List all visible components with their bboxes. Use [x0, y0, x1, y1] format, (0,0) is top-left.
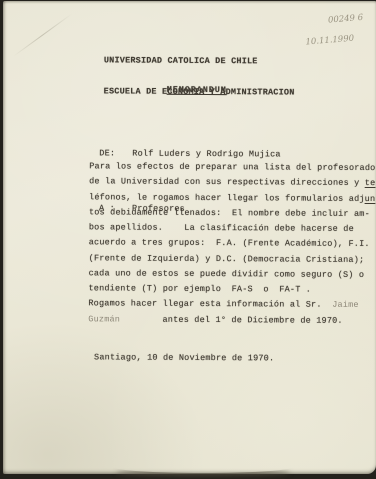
- memo-body-line: acuerdo a tres grupos: F.A. (Frente Acad…: [89, 236, 375, 253]
- text-segment: Rogamos hacer llegar esta información al…: [88, 299, 332, 310]
- text-segment: bos apellidos. La clasificación debe hac…: [89, 222, 354, 234]
- handwritten-note-line2: 10.11.1990: [305, 33, 365, 48]
- text-segment: cada uno de estos se puede dividir como …: [89, 268, 365, 280]
- memo-body-line: Guzmán antes del 1° de Diciembre de 1970…: [88, 312, 374, 329]
- memo-body-line: Para los efectos de preparar una lista d…: [89, 159, 375, 176]
- memo-body-line: Rogamos hacer llegar esta información al…: [88, 297, 374, 314]
- text-segment: tendiente (T) por ejemplo FA-S o FA-T .: [88, 283, 311, 294]
- text-segment: acuerdo a tres grupos: F.A. (Frente Acad…: [89, 238, 370, 250]
- memo-body-line: cada uno de estos se puede dividir como …: [89, 266, 375, 283]
- underlined-segment: te: [365, 178, 376, 188]
- organization-name: UNIVERSIDAD CATOLICA DE CHILE: [104, 55, 295, 67]
- memo-content: 00249 6 10.11.1990 UNIVERSIDAD CATOLICA …: [0, 1, 376, 476]
- text-segment: (Frente de Izquierda) y D.C. (Democracia…: [89, 253, 365, 265]
- text-segment: de la Universidad con sus respectivas di…: [89, 177, 365, 189]
- memo-body-line: tendiente (T) por ejemplo FA-S o FA-T .: [88, 281, 374, 298]
- text-segment: tos debidamente llenados: El nombre debe…: [89, 207, 370, 219]
- memo-body-line: léfonos, le rogamos hacer llegar los for…: [89, 190, 375, 207]
- light-ink-segment: Guzmán: [88, 314, 120, 324]
- memo-document: 00249 6 10.11.1990 UNIVERSIDAD CATOLICA …: [3, 1, 376, 474]
- text-segment: Para los efectos de preparar una lista d…: [89, 161, 375, 173]
- memo-body-line: tos debidamente llenados: El nombre debe…: [89, 205, 375, 222]
- date-line: Santiago, 10 de Noviembre de 1970.: [94, 352, 274, 363]
- handwritten-note-line1: 00249 6: [327, 13, 363, 26]
- memo-body-line: (Frente de Izquierda) y D.C. (Democracia…: [89, 251, 375, 268]
- text-segment: antes del 1° de Diciembre de 1970.: [120, 314, 343, 325]
- organization-header: UNIVERSIDAD CATOLICA DE CHILE ESCUELA DE…: [104, 34, 295, 118]
- from-value: Rolf Luders y Rodrigo Mujica: [132, 149, 280, 160]
- memo-body: Para los efectos de preparar una lista d…: [88, 159, 375, 328]
- memo-title: MEMORANDUM: [167, 85, 227, 95]
- light-ink-segment: Jaime: [332, 300, 359, 310]
- handwritten-note: 00249 6 10.11.1990: [310, 3, 366, 67]
- underlined-segment: un: [365, 193, 376, 203]
- memo-body-line: de la Universidad con sus respectivas di…: [89, 175, 375, 192]
- memo-body-line: bos apellidos. La clasificación debe hac…: [89, 220, 375, 237]
- text-segment: léfonos, le rogamos hacer llegar los for…: [89, 192, 365, 204]
